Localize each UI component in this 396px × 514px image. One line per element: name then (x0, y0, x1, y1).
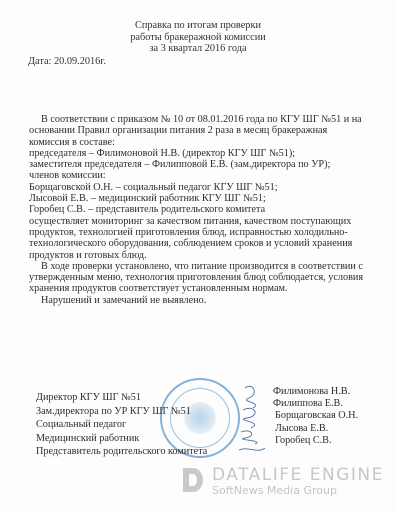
body-line: технологического оборудования, соблюдени… (29, 238, 374, 249)
name-line: Филиппова Е.В. (273, 398, 358, 410)
title-line: Справка по итогам проверки (0, 20, 396, 32)
watermark-title: DATALIFE ENGINE (212, 465, 384, 485)
body-line: продуктов и готовых блюд. (29, 250, 374, 261)
document-date: Дата: 20.09.2016г. (28, 56, 106, 67)
document-page: Справка по итогам проверки работы бракер… (0, 0, 396, 514)
body-line: Борщаговской О.Н. – социальный педагог К… (29, 182, 374, 193)
position-line: Представитель родительского комитета (36, 445, 207, 459)
body-line: В ходе проверки установлено, что питание… (29, 261, 374, 272)
document-body: В соответствии с приказом № 10 от 08.01.… (29, 114, 374, 306)
body-line: основании Правил организации питания 2 р… (29, 125, 374, 136)
body-line: утвержденным меню, технология приготовле… (29, 272, 374, 283)
title-line: работы бракеражной комиссии (0, 32, 396, 44)
signature-positions: Директор КГУ ШГ №51 Зам.директора по УР … (36, 391, 207, 459)
signature-scribbles (235, 380, 275, 460)
position-line: Зам.директора по УР КГУ ШГ №51 (36, 405, 207, 419)
body-line: Лысовой Е.В. – медицинский работник КГУ … (29, 193, 374, 204)
body-line: заместителя председателя – Филипповой Е.… (29, 159, 374, 170)
position-line: Медицинский работник (36, 432, 207, 446)
name-line: Филимонова Н.В. (273, 386, 358, 398)
body-line: комиссия в составе: (29, 137, 374, 148)
body-line: продуктов, технологией приготовления блю… (29, 227, 374, 238)
body-line: Горобец С.В. – представитель родительско… (29, 204, 374, 215)
name-line: Борщаговская О.Н. (273, 410, 358, 422)
body-line: В соответствии с приказом № 10 от 08.01.… (29, 114, 374, 125)
datalife-logo-icon (181, 466, 205, 494)
body-line: осуществляет мониторинг за качеством пит… (29, 216, 374, 227)
body-line: Нарушений и замечаний не выявлено. (29, 295, 374, 306)
name-line: Лысова Е.В. (273, 423, 358, 435)
body-line: председателя – Филимоновой Н.В. (директо… (29, 148, 374, 159)
name-line: Горобец С.В. (273, 435, 358, 447)
position-line: Социальный педагог (36, 418, 207, 432)
document-title: Справка по итогам проверки работы бракер… (0, 20, 396, 55)
position-line: Директор КГУ ШГ №51 (36, 391, 207, 405)
title-line: за 3 квартал 2016 года (0, 43, 396, 55)
body-line: хранения продуктов соответствует установ… (29, 283, 374, 294)
signature-names: Филимонова Н.В. Филиппова Е.В. Борщаговс… (273, 386, 358, 447)
watermark-subtitle: SoftNews Media Group (212, 484, 337, 497)
body-line: членов комиссии: (29, 170, 374, 181)
